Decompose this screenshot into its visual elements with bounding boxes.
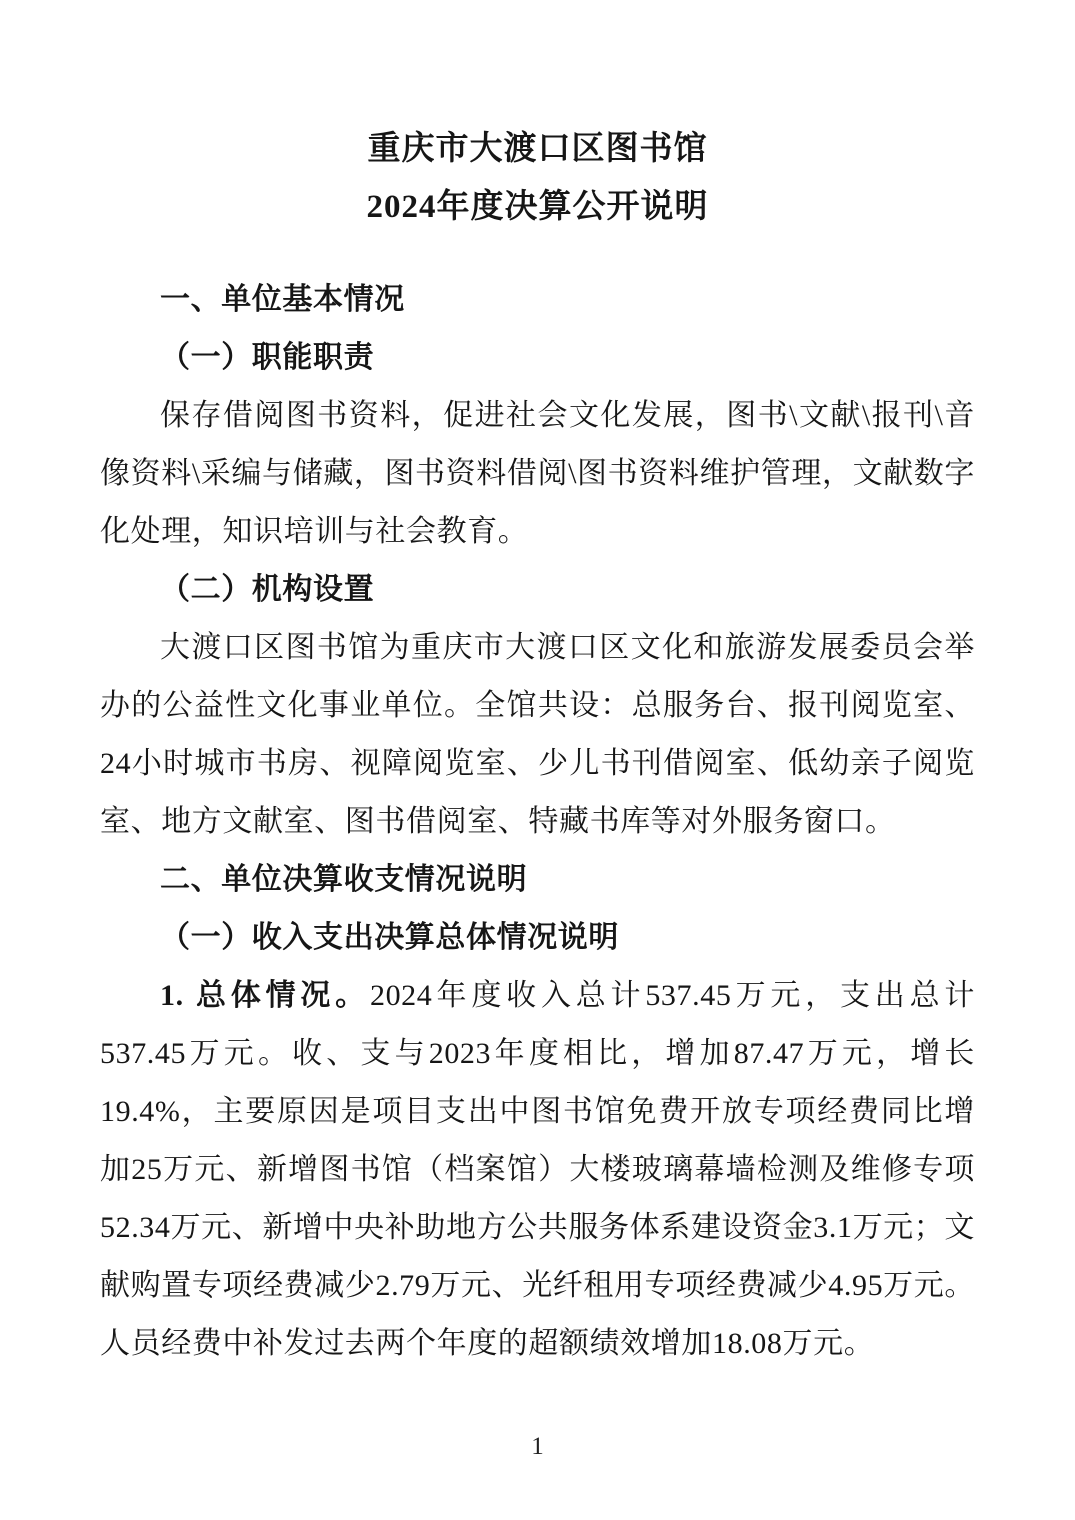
page-number: 1 xyxy=(0,1432,1075,1462)
document-title: 重庆市大渡口区图书馆 2024年度决算公开说明 xyxy=(0,0,1075,236)
paragraph-organization: 大渡口区图书馆为重庆市大渡口区文化和旅游发展委员会举办的公益性文化事业单位。全馆… xyxy=(100,619,975,851)
subsection-heading-organization: （二）机构设置 xyxy=(100,561,975,619)
document-body: 一、单位基本情况 （一）职能职责 保存借阅图书资料，促进社会文化发展，图书\文献… xyxy=(100,271,975,1373)
document-title-line-1: 重庆市大渡口区图书馆 xyxy=(0,120,1075,178)
document-page: 重庆市大渡口区图书馆 2024年度决算公开说明 一、单位基本情况 （一）职能职责… xyxy=(0,0,1075,1520)
document-title-line-2: 2024年度决算公开说明 xyxy=(0,178,1075,236)
paragraph-functions: 保存借阅图书资料，促进社会文化发展，图书\文献\报刊\音像资料\采编与储藏，图书… xyxy=(100,387,975,561)
subsection-heading-overall-situation: （一）收入支出决算总体情况说明 xyxy=(100,909,975,967)
paragraph-overall-situation-text: 2024年度收入总计537.45万元，支出总计537.45万元。收、支与2023… xyxy=(100,979,975,1360)
section-heading-unit-basic-info: 一、单位基本情况 xyxy=(100,271,975,329)
paragraph-overall-situation-lead: 1. 总体情况。 xyxy=(160,979,370,1012)
paragraph-overall-situation: 1. 总体情况。2024年度收入总计537.45万元，支出总计537.45万元。… xyxy=(100,967,975,1373)
subsection-heading-functions: （一）职能职责 xyxy=(100,329,975,387)
section-heading-final-accounts: 二、单位决算收支情况说明 xyxy=(100,851,975,909)
